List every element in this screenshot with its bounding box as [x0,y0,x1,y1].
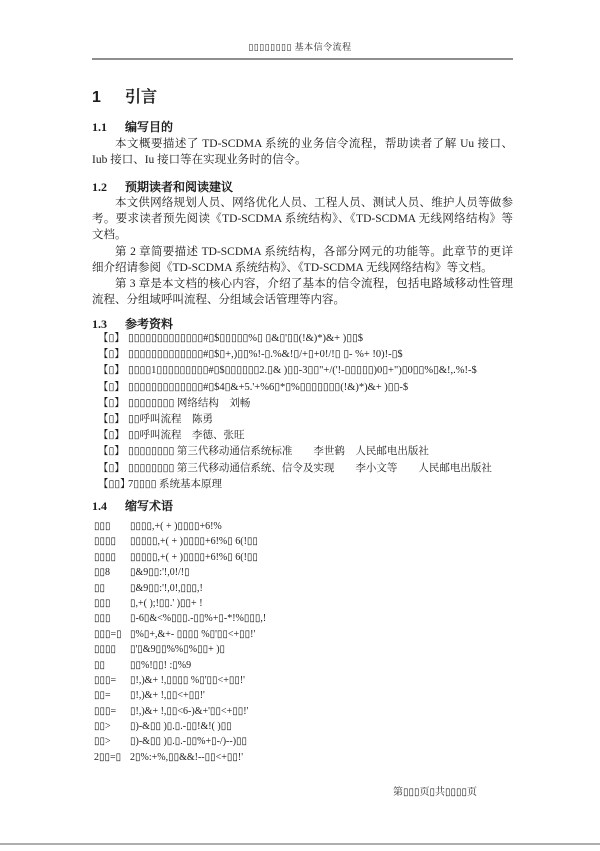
abbreviation-row: 2▯▯=▯ 2▯%:+%,▯▯&&!--▯▯<+▯▯!' [94,750,514,765]
abbreviation-row: ▯▯▯ ▯▯▯▯,+( + )▯▯▯▯+6!% [94,519,514,534]
page-header-title: ▯▯▯▯▯▯▯▯ 基本信令流程 [0,40,600,53]
abbreviation-row: ▯▯= ▯!,)&+ !,▯▯<+▯▯!' [94,688,514,703]
reference-index: 【▯】 [98,428,128,444]
section-number: 1.1 [92,120,125,135]
reference-index: 【▯】 [98,331,128,347]
paragraph: 本文供网络规划人员、网络优化人员、工程人员、测试人员、维护人员等做参考。要求读者… [92,195,513,244]
abbreviation-definition: ▯▯▯▯,+( + )▯▯▯▯+6!% [130,519,514,534]
reference-text: ▯▯▯▯▯▯▯▯▯▯▯▯▯#▯$▯+,)▯▯%!-▯.%&!▯/+▯+0!/!▯… [128,347,518,363]
abbreviation-definition: ▯)-&▯▯ )▯.▯.-▯▯!&!( )▯▯ [130,719,514,734]
abbreviation-row: ▯▯▯= ▯!,)&+ !,▯▯<6-)&+'▯▯<+▯▯!' [94,704,514,719]
reference-text: ▯▯呼叫流程 陈勇 [128,412,518,428]
section-title: 预期读者和阅读建议 [125,180,233,194]
reference-text: ▯▯▯▯1▯▯▯▯▯▯▯▯▯#▯$▯▯▯▯▯▯2.▯& )▯▯-3▯▯"+/('… [128,363,518,379]
reference-text: ▯▯▯▯▯▯▯▯ 网络结构 刘畅 [128,396,518,412]
abbreviation-term: ▯▯> [94,719,130,734]
section-1-2-body: 本文供网络规划人员、网络优化人员、工程人员、测试人员、维护人员等做参考。要求读者… [92,195,513,308]
abbreviation-row: ▯▯▯▯ ▯'▯&9▯▯%%▯%▯▯+ )▯ [94,642,514,657]
reference-text: ▯▯▯▯▯▯▯▯▯▯▯▯▯#▯$4▯&+5.'+%6▯*▯%▯▯▯▯▯▯▯(!&… [128,380,518,396]
abbreviation-term: ▯▯▯▯ [94,642,130,657]
abbreviation-definition: ▯!,)&+ !,▯▯<6-)&+'▯▯<+▯▯!' [130,704,514,719]
reference-item: 【▯】 ▯▯▯▯▯▯▯▯ 网络结构 刘畅 [98,396,518,412]
reference-item: 【▯】 ▯▯呼叫流程 李德、张旺 [98,428,518,444]
reference-item: 【▯】 ▯▯▯▯▯▯▯▯▯▯▯▯▯#▯$▯▯▯▯▯%▯ ▯&▯'▯▯(!&)*)… [98,331,518,347]
reference-text: ▯▯▯▯▯▯▯▯ 第三代移动通信系统标准 李世鹤 人民邮电出版社 [128,444,518,460]
section-1-1-body: 本文概要描述了 TD-SCDMA 系统的业务信令流程，帮助读者了解 Uu 接口、… [92,136,513,168]
abbreviation-definition: ▯%▯+,&+- ▯▯▯▯ %▯'▯▯<+▯▯!' [130,627,514,642]
reference-item: 【▯】 ▯▯▯▯▯▯▯▯ 第三代移动通信系统标准 李世鹤 人民邮电出版社 [98,444,518,460]
reference-index: 【▯】 [98,380,128,396]
abbreviation-row: ▯▯> ▯)-&▯▯ )▯.▯.-▯▯!&!( )▯▯ [94,719,514,734]
abbreviation-term: ▯▯▯ [94,611,130,626]
section-heading-1-2: 1.2预期读者和阅读建议 [92,178,233,195]
abbreviation-definition: ▯-6▯&<%▯▯▯.-▯▯%+▯-*!%▯▯▯,! [130,611,514,626]
abbreviation-term: ▯▯▯= [94,673,130,688]
abbreviation-term: 2▯▯=▯ [94,750,130,765]
reference-item: 【▯】 ▯▯▯▯▯▯▯▯ 第三代移动通信系统、信令及实现 李小文等 人民邮电出版… [98,461,518,477]
section-title: 编写目的 [125,120,173,134]
abbreviation-row: ▯▯8 ▯&9▯▯:'!,0!/!▯ [94,565,514,580]
reference-text: 7▯▯▯▯ 系统基本原理 [128,477,518,493]
section-title: 引言 [125,89,157,106]
abbreviation-row: ▯▯▯= ▯!,)&+ !,▯▯▯▯ %▯'▯▯<+▯▯!' [94,673,514,688]
paragraph: 第 3 章是本文档的核心内容，介绍了基本的信令流程，包括电路域移动性管理流程、分… [92,276,513,308]
abbreviation-term: ▯▯▯=▯ [94,627,130,642]
reference-index: 【▯】 [98,412,128,428]
abbreviation-term: ▯▯ [94,581,130,596]
section-heading-1-1: 1.1编写目的 [92,118,173,135]
abbreviation-term: ▯▯▯▯ [94,550,130,565]
section-number: 1 [92,89,125,107]
reference-item: 【▯】 ▯▯▯▯▯▯▯▯▯▯▯▯▯#▯$▯+,)▯▯%!-▯.%&!▯/+▯+0… [98,347,518,363]
paragraph: 本文概要描述了 TD-SCDMA 系统的业务信令流程，帮助读者了解 Uu 接口、… [92,136,513,168]
abbreviation-row: ▯▯ ▯&9▯▯:'!,0!,▯▯▯,! [94,581,514,596]
section-title: 缩写术语 [125,499,173,513]
reference-list: 【▯】 ▯▯▯▯▯▯▯▯▯▯▯▯▯#▯$▯▯▯▯▯%▯ ▯&▯'▯▯(!&)*)… [98,331,518,493]
abbreviation-term: ▯▯▯= [94,704,130,719]
abbreviation-row: ▯▯▯▯ ▯▯▯▯▯,+( + )▯▯▯▯+6!%▯ 6(!▯▯ [94,550,514,565]
abbreviation-definition: ▯!,)&+ !,▯▯<+▯▯!' [130,688,514,703]
reference-index: 【▯】 [98,444,128,460]
reference-index: 【▯】 [98,347,128,363]
reference-index: 【▯】 [98,396,128,412]
header-divider [92,58,513,60]
abbreviation-term: ▯▯8 [94,565,130,580]
abbreviation-definition: ▯'▯&9▯▯%%▯%▯▯+ )▯ [130,642,514,657]
reference-item: 【▯】 ▯▯▯▯▯▯▯▯▯▯▯▯▯#▯$4▯&+5.'+%6▯*▯%▯▯▯▯▯▯… [98,380,518,396]
abbreviation-term: ▯▯▯ [94,596,130,611]
abbreviation-definition: ▯▯▯▯▯,+( + )▯▯▯▯+6!%▯ 6(!▯▯ [130,550,514,565]
abbreviation-term: ▯▯▯▯ [94,534,130,549]
abbreviation-row: ▯▯▯▯ ▯▯▯▯▯,+( + )▯▯▯▯+6!%▯ 6(!▯▯ [94,534,514,549]
abbreviation-row: ▯▯ ▯▯%!▯▯! :▯%9 [94,658,514,673]
paragraph: 第 2 章简要描述 TD-SCDMA 系统结构，各部分网元的功能等。此章节的更详… [92,244,513,276]
abbreviation-row: ▯▯> ▯)-&▯▯ )▯.▯.-▯▯%+▯-/)--)▯▯ [94,734,514,749]
page-bottom-divider [0,843,600,845]
abbreviation-term: ▯▯ [94,658,130,673]
reference-item: 【▯▯】 7▯▯▯▯ 系统基本原理 [98,477,518,493]
abbreviation-term: ▯▯▯ [94,519,130,534]
abbreviation-definition: ▯&9▯▯:'!,0!,▯▯▯,! [130,581,514,596]
abbreviation-row: ▯▯▯ ▯-6▯&<%▯▯▯.-▯▯%+▯-*!%▯▯▯,! [94,611,514,626]
reference-item: 【▯】 ▯▯▯▯1▯▯▯▯▯▯▯▯▯#▯$▯▯▯▯▯▯2.▯& )▯▯-3▯▯"… [98,363,518,379]
abbreviation-definition: ▯)-&▯▯ )▯.▯.-▯▯%+▯-/)--)▯▯ [130,734,514,749]
page-number-footer: 第▯▯▯页▯共▯▯▯▯页 [393,783,477,798]
section-title: 参考资料 [125,317,173,331]
abbreviation-row: ▯▯▯=▯ ▯%▯+,&+- ▯▯▯▯ %▯'▯▯<+▯▯!' [94,627,514,642]
abbreviation-definition: ▯▯%!▯▯! :▯%9 [130,658,514,673]
section-heading-1: 1引言 [92,84,157,107]
abbreviation-definition: 2▯%:+%,▯▯&&!--▯▯<+▯▯!' [130,750,514,765]
abbreviation-definition: ▯▯▯▯▯,+( + )▯▯▯▯+6!%▯ 6(!▯▯ [130,534,514,549]
abbreviation-definition: ▯,+( );!▯▯.' )▯▯+ ! [130,596,514,611]
document-page: { "header": { "title": "▯▯▯▯▯▯▯▯ 基本信令流程"… [0,0,600,851]
abbreviation-term: ▯▯= [94,688,130,703]
reference-text: ▯▯呼叫流程 李德、张旺 [128,428,518,444]
section-number: 1.3 [92,317,125,332]
abbreviation-term: ▯▯> [94,734,130,749]
abbreviation-definition: ▯!,)&+ !,▯▯▯▯ %▯'▯▯<+▯▯!' [130,673,514,688]
reference-index: 【▯▯】 [98,477,128,493]
abbreviation-list: ▯▯▯ ▯▯▯▯,+( + )▯▯▯▯+6!% ▯▯▯▯ ▯▯▯▯▯,+( + … [94,519,514,765]
abbreviation-row: ▯▯▯ ▯,+( );!▯▯.' )▯▯+ ! [94,596,514,611]
reference-index: 【▯】 [98,461,128,477]
section-heading-1-4: 1.4缩写术语 [92,497,173,514]
section-number: 1.2 [92,180,125,195]
reference-index: 【▯】 [98,363,128,379]
reference-text: ▯▯▯▯▯▯▯▯▯▯▯▯▯#▯$▯▯▯▯▯%▯ ▯&▯'▯▯(!&)*)&+ )… [128,331,518,347]
abbreviation-definition: ▯&9▯▯:'!,0!/!▯ [130,565,514,580]
reference-text: ▯▯▯▯▯▯▯▯ 第三代移动通信系统、信令及实现 李小文等 人民邮电出版社 [128,461,518,477]
section-number: 1.4 [92,499,125,514]
section-heading-1-3: 1.3参考资料 [92,315,173,332]
reference-item: 【▯】 ▯▯呼叫流程 陈勇 [98,412,518,428]
